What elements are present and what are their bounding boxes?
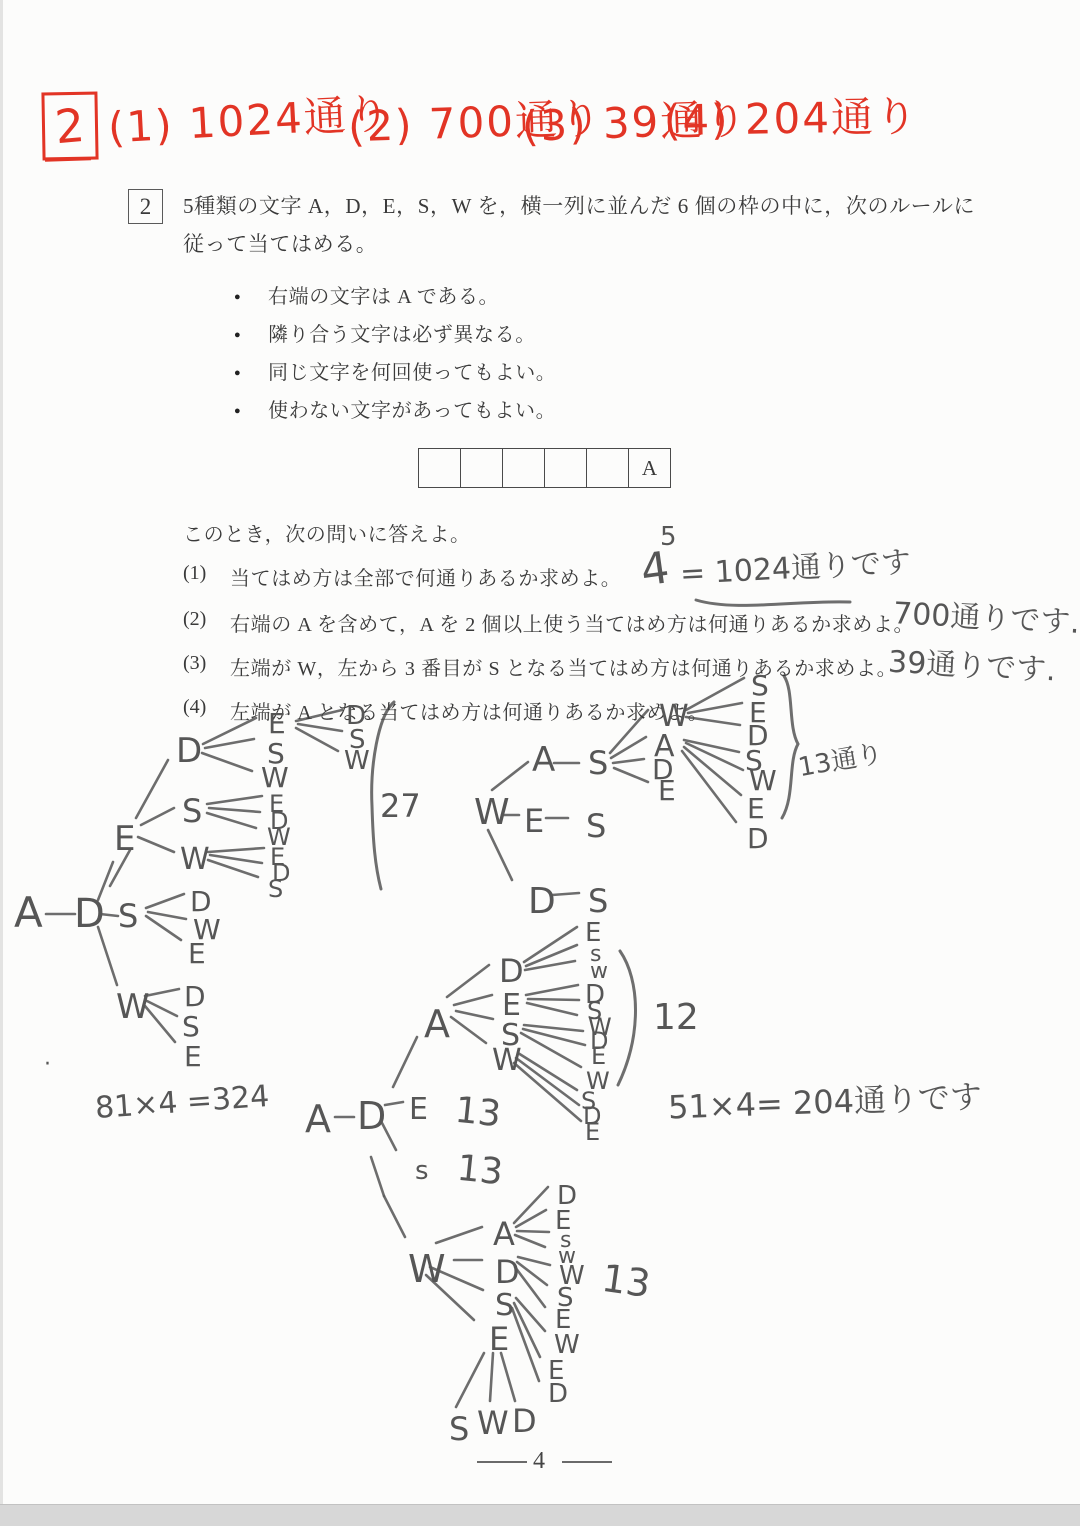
tree-letter: 13 <box>453 1093 502 1134</box>
tree-letter: D <box>747 825 769 853</box>
tree-branch-line <box>514 1303 540 1357</box>
bullet-icon: ● <box>234 367 268 379</box>
tree-branch-line <box>209 808 260 812</box>
tree-branch-line <box>436 1227 482 1243</box>
rule-item: ●使わない文字があってもよい。 <box>234 394 556 423</box>
rule-text: 同じ文字を何回使ってもよい。 <box>268 362 556 384</box>
tree-letter: E <box>747 795 765 823</box>
tree-letter: D <box>528 884 556 920</box>
tree-letter: W <box>474 795 510 831</box>
question-number: (2) <box>183 608 206 631</box>
tree-branch-line <box>385 1102 403 1105</box>
tree-letter: D <box>74 894 105 934</box>
tree-letter: E <box>502 991 521 1021</box>
tree-branch-line <box>684 740 739 752</box>
tree-letter: S <box>449 1413 469 1445</box>
pencil-brace-stroke <box>696 600 850 605</box>
tree-letter: 27 <box>380 790 421 822</box>
tree-letter: W <box>749 767 777 795</box>
tree-letter: E <box>188 940 206 968</box>
tree-letter: S <box>586 810 606 842</box>
tree-branch-line <box>147 1001 177 1016</box>
answer-box-cell <box>503 448 545 488</box>
rule-item: ●隣り合う文字は必ず異なる。 <box>234 318 536 347</box>
tree-letter: 51×4= 204通りです <box>668 1081 983 1124</box>
bullet-icon: ● <box>234 291 268 303</box>
tree-letter: 12 <box>653 1000 699 1036</box>
tree-letter: W <box>180 845 210 875</box>
tree-letter: 13通り <box>796 741 884 781</box>
tree-branch-line <box>518 1257 550 1265</box>
tree-branch-line <box>146 916 181 940</box>
tree-branch-line <box>524 927 577 962</box>
tree-branch-line <box>384 1196 405 1237</box>
tree-branch-line <box>614 768 648 782</box>
tree-letter: E <box>591 1044 606 1068</box>
scan-edge-bottom <box>0 1504 1080 1526</box>
tree-letter: · <box>44 1054 51 1076</box>
exam-page: 2 (1) 1024通り(2) 700通り(3) 39通り(4) 204通り 2… <box>0 0 1080 1526</box>
tree-branch-line <box>490 1353 493 1401</box>
tree-branch-line <box>488 830 512 880</box>
tree-letter: S <box>268 877 283 901</box>
answer-box-cell <box>587 448 629 488</box>
pencil-q1-exponent: 5 <box>660 524 677 550</box>
question-text: 左端が A となる当てはめ方は何通りあるか求めよ。 <box>230 696 708 725</box>
pencil-q1-base: 4 <box>638 546 672 593</box>
pencil-q1-answer: = 1024通りです <box>679 548 911 590</box>
tree-letter: E <box>268 710 286 738</box>
tree-branch-line <box>516 1058 579 1105</box>
tree-letter: 13 <box>455 1151 504 1192</box>
question-text: 当てはめ方は全部で何通りあるか求めよ。 <box>230 562 621 591</box>
pencil-q2-answer: 700通りです. <box>892 599 1080 639</box>
tree-branch-line <box>296 728 338 751</box>
tree-branch-line <box>207 796 262 804</box>
tree-letter: D <box>184 983 206 1011</box>
tree-branch-line <box>613 759 644 763</box>
footer-dash-right <box>562 1461 612 1463</box>
tree-branch-line <box>684 747 741 795</box>
tree-letter: E <box>524 805 544 837</box>
tree-branch-line <box>207 813 256 828</box>
tree-letter: A <box>305 1100 331 1138</box>
tree-letter: W <box>554 1332 580 1358</box>
tree-letter: E <box>114 822 135 856</box>
tree-letter: s <box>415 1158 429 1184</box>
question-number: (4) <box>183 696 206 719</box>
tree-branch-line <box>516 1210 546 1227</box>
tree-branch-line <box>141 808 174 825</box>
answer-box-cell: A <box>629 448 671 488</box>
tree-letter: W <box>408 1250 446 1288</box>
tree-branch-line <box>146 894 184 908</box>
tree-letter: W <box>116 990 150 1024</box>
tree-branch-line <box>202 753 252 771</box>
question-text: 右端の A を含めて，A を 2 個以上使う当てはめ方は何通りあるか求めよ。 <box>230 608 914 637</box>
rule-text: 右端の文字は A である。 <box>268 286 499 308</box>
question-number: (1) <box>183 562 206 585</box>
tree-branch-line <box>371 1157 384 1196</box>
footer-dash-left <box>477 1461 527 1463</box>
red-answer-box: 2 <box>41 92 98 161</box>
rule-text: 隣り合う文字は必ず異なる。 <box>268 324 536 346</box>
tree-letter: E <box>409 1095 428 1125</box>
bullet-icon: ● <box>234 329 268 341</box>
tree-branch-line <box>210 855 262 863</box>
tree-letter: A <box>532 743 555 777</box>
problem-number-box: 2 <box>128 189 163 224</box>
tree-letter: 13 <box>600 1259 653 1303</box>
tree-letter: A <box>424 1005 450 1043</box>
tree-branch-line <box>208 848 264 852</box>
tree-branch-line <box>447 965 489 997</box>
tree-branch-line <box>512 1308 539 1381</box>
rule-text: 使わない文字があってもよい。 <box>268 400 556 422</box>
scan-edge-left <box>0 0 3 1526</box>
pencil-brace-stroke <box>782 676 798 818</box>
tree-letter: A <box>14 892 43 934</box>
tree-branch-line <box>515 1235 545 1247</box>
tree-branch-line <box>516 1298 545 1331</box>
tree-letter: S <box>182 1013 200 1041</box>
tree-letter: D <box>190 888 212 916</box>
tree-letter: D <box>495 1256 520 1288</box>
tree-branch-line <box>552 893 579 895</box>
tree-letter: D <box>499 955 524 987</box>
tree-branch-line <box>456 1011 493 1019</box>
tree-letter: W <box>492 1046 522 1076</box>
tree-letter: E <box>585 1120 600 1144</box>
tree-branch-line <box>517 1262 547 1285</box>
tree-letter: D <box>176 734 202 768</box>
tree-letter: D <box>548 1381 568 1407</box>
tree-branch-line <box>451 1017 486 1043</box>
tree-letter: E <box>184 1043 202 1071</box>
tree-letter: S <box>495 1291 514 1321</box>
tree-branch-line <box>526 945 577 966</box>
tree-letter: A <box>493 1218 515 1250</box>
tree-branch-line <box>611 737 646 758</box>
tree-letter: W <box>477 1407 509 1439</box>
question-number: (3) <box>183 652 206 675</box>
tree-branch-line <box>514 1063 581 1121</box>
tree-branch-line <box>148 912 186 919</box>
answer-box-cell <box>461 448 503 488</box>
tree-branch-line <box>501 1353 515 1401</box>
answer-box-cell <box>545 448 587 488</box>
problem-statement-line1: 5種類の文字 A，D，E，S，W を，横一列に並んだ 6 個の枠の中に，次のルー… <box>183 190 975 220</box>
tree-branch-line <box>514 1187 548 1223</box>
tree-letter: S <box>182 795 202 827</box>
pencil-brace-stroke <box>618 951 636 1085</box>
tree-branch-line <box>521 1033 581 1067</box>
red-answer-box-underline <box>45 157 91 162</box>
tree-branch-line <box>145 989 179 996</box>
rule-item: ●同じ文字を何回使ってもよい。 <box>234 356 556 385</box>
tree-letter: S <box>118 900 138 932</box>
tree-branch-line <box>527 1003 577 1015</box>
tree-branch-line <box>492 762 528 790</box>
tree-branch-line <box>517 1231 549 1232</box>
tree-letter: W <box>344 748 370 774</box>
tree-branch-line <box>138 837 174 852</box>
tree-letter: D <box>357 1097 386 1135</box>
pencil-q3-answer: 39通りです. <box>887 648 1056 687</box>
bullet-icon: ● <box>234 405 268 417</box>
tree-branch-line <box>682 751 736 822</box>
tree-branch-line <box>518 1053 577 1090</box>
tree-branch-line <box>393 1037 417 1087</box>
tree-letter: W <box>261 764 289 792</box>
tree-letter: 81×4 =324 <box>94 1082 270 1124</box>
answer-boxes: A <box>418 448 671 488</box>
rule-item: ●右端の文字は A である。 <box>234 280 499 309</box>
tree-branch-line <box>208 860 258 877</box>
tree-branch-line <box>528 999 579 1000</box>
tree-letter: E <box>658 777 676 805</box>
answer-box-cell <box>418 448 461 488</box>
tree-letter: S <box>588 747 608 779</box>
tree-branch-line <box>524 1025 583 1031</box>
problem-number: 2 <box>140 194 152 220</box>
tree-branch-line <box>454 995 492 1005</box>
problem-statement-line2: 従って当てはめる。 <box>183 228 377 258</box>
tree-letter: S <box>588 885 608 917</box>
tree-branch-line <box>298 724 342 731</box>
tree-letter: D <box>512 1405 537 1437</box>
tree-branch-line <box>686 743 743 770</box>
page-number: 4 <box>533 1448 545 1475</box>
questions-lead: このとき，次の問いに答えよ。 <box>183 518 471 547</box>
tree-branch-line <box>136 760 168 818</box>
tree-branch-line <box>525 961 575 970</box>
tree-letter: E <box>489 1323 509 1355</box>
question-text: 左端が W，左から 3 番目が S となる当てはめ方は何通りあるか求めよ。 <box>230 652 897 681</box>
red-answer-item: (4) 204通り <box>664 96 920 142</box>
tree-branch-line <box>526 985 578 995</box>
tree-branch-line <box>456 1353 484 1407</box>
tree-letter: W <box>659 702 689 732</box>
red-answer-box-number: 2 <box>53 98 87 154</box>
tree-branch-line <box>523 1029 585 1045</box>
tree-branch-line <box>205 739 254 748</box>
